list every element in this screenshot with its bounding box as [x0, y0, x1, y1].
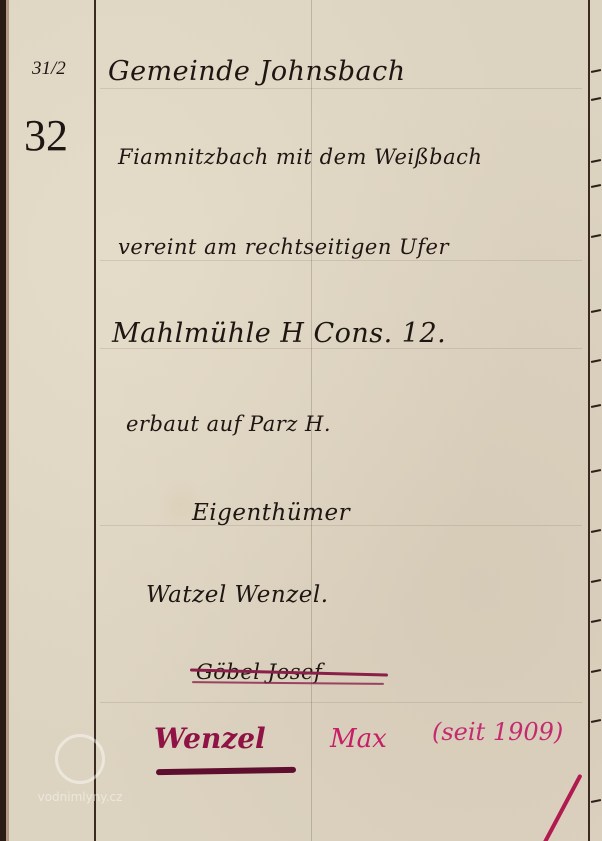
- line-parcel: erbaut auf Parz H.: [126, 412, 331, 436]
- line-bank: vereint am rechtseitigen Ufer: [118, 235, 449, 259]
- line-municipality: Gemeinde Johnsbach: [108, 56, 406, 87]
- margin-date: 31/2: [32, 58, 66, 80]
- red-annotation-given-name: Max: [330, 724, 387, 754]
- strike-through-2: [192, 681, 384, 685]
- entry-number: 32: [24, 110, 68, 161]
- watermark-text: vodnimlyny.cz: [20, 790, 140, 804]
- document-page: 31/2 32 Gemeinde Johnsbach Fiamnitzbach …: [0, 0, 602, 841]
- margin-rule: [94, 0, 96, 841]
- line-owner-1: Watzel Wenzel.: [146, 582, 329, 608]
- right-column-marks: [590, 60, 602, 841]
- ruled-line: [100, 702, 582, 703]
- ruled-line: [100, 88, 582, 89]
- ruled-line: [100, 260, 582, 261]
- red-annotation-note: (seit 1909): [432, 718, 563, 746]
- binding-edge-inner: [6, 0, 9, 841]
- line-mill: Mahlmühle H Cons. 12.: [112, 318, 446, 349]
- red-annotation-surname: Wenzel: [154, 722, 266, 755]
- line-stream: Fiamnitzbach mit dem Weißbach: [118, 145, 482, 169]
- mill-wheel-icon: [55, 734, 105, 784]
- red-slash-mark: [541, 774, 582, 841]
- line-owner-heading: Eigenthümer: [192, 500, 350, 526]
- red-underline: [156, 767, 296, 775]
- watermark: vodnimlyny.cz: [20, 730, 140, 830]
